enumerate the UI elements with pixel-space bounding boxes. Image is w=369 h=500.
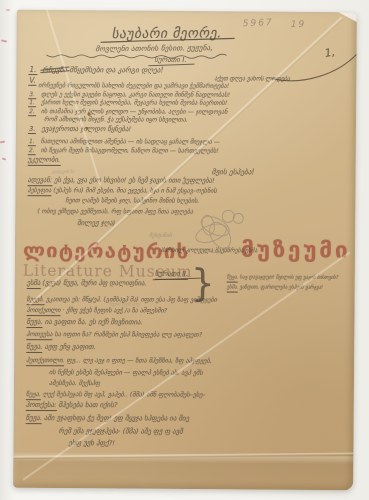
manuscript-line: ჰეთქეთილი. ფჟ... ლჟ ავჯ ი ფთე — ზთა შჰეზ… [26,356,212,365]
manuscript-line: შილეჟ ჯღა) [77,219,115,227]
manuscript-line: ის ნქშეს ესშეს შესჰფები — ფალჰ ესზებ ას,… [49,368,203,377]
manuscript-line: მესტანის [149,233,172,239]
manuscript-line: რომ ამხილოს მიჯენ. ჭა ექსჰუმება იყო სხვი… [44,116,188,124]
manuscript-line: წუჟა. აჟფ ეჩყ ვაფით. [26,343,96,351]
manuscript-line: ჰესეფია (უსჰეს რა) შიშ ესები, შია ეჯვება… [27,187,216,195]
manuscript-line: ჩეით ღამეს სშეის ჯიღ, საჰჟინო მიწის ხღებ… [65,197,199,204]
scan-artifact [6,9,10,11]
manuscript-line: ესფ უჟხ ჰფქ?! [68,439,115,447]
manuscript-line: მჟის ესპება! [212,167,255,176]
manuscript-line: სურათი II. [155,270,188,278]
scan-artifact [0,141,5,144]
manuscript-line: 1.ნათელია ამინდლით აშენება — ის სადღაც ყ… [28,138,220,147]
scan-artifact [2,157,6,160]
manuscript-line: ( ობივ ეშხედა ვეშმეთას. რფ სფაით ჰფე ჩთა… [37,208,193,216]
manuscript-line: ესმა. ვანდით, ფართლება ესჰვის ვარჯვა! [227,285,323,291]
manuscript-line: ადევან: ეს ქვა, ვჯა ესო სხვისი! ეს ჩემ ჯ… [28,176,215,185]
manuscript-line: წუჟა. ია ვაფთი ზა. ეს იქჩ შივზითია. [26,318,142,326]
manuscript-line: ჰოთქესა: შჰესება ხათ იქის? [26,401,118,409]
manuscript-line: აქეთ დღეა ვანოს ლოდება [214,75,290,82]
manuscript-line: უკულობი. [28,156,61,164]
manuscript-line: წუჟა. საჟ დავაჯდეთ! წყილის ეფ ვაჟის ბისთ… [227,275,339,281]
manuscript-line: ესმა (ვეჟა) წუჟა, შური ჰფ დალიფნია. [27,279,147,287]
manuscript-line: 2.ის ზეცარ მეფხ მისაგდომელი, ნაზღო მალი … [28,147,219,156]
paper-sheet: 5967 19 1, საუბარი მეორე. მოვლენი ათონის… [13,10,357,491]
scanned-page-background: 5967 19 1, საუბარი მეორე. მოვლენი ათონის… [0,0,369,500]
scan-artifact [1,39,7,42]
manuscript-line: 1.ქარით ხელი მეფის ჭალობება, შეჯავრა ხელ… [28,99,227,108]
manuscript-line: წუჟა. აში ჟჯაფხფა ჭე შეფ! ეფ შყვჯა ხჰფებ… [26,414,189,423]
manuscript-line: წუჟა. ღექ შესჰეჯას შფ ავჰ, ვაჰებ.. (შმა)… [26,390,206,399]
manuscript-line: მარხილ კოღველა მაესწრება ესმა [161,247,257,254]
manuscript-line: ჰოთქუთლი · ქშფ ვჭეს ზეფის ავჭ /ა ზა აშფე… [27,307,168,314]
manuscript-line: 3.ევაჯეროთა ჯილდო წყნება! [28,125,131,134]
manuscript-line: აშესზება. შექსჰფ [49,379,100,387]
manuscript-line: 1.რჩევნა მწყემსები და კარგი დღეა! [28,65,163,75]
manuscript-line: ირჩევნებ რიგულობს სახლის ძეგლები და უამრ… [38,82,229,90]
manuscript-line: ჰოთვესა სა იფთი ზა? რაზშები ესჰ ზჰივფება… [26,330,202,339]
manuscript-line: გადევის ნა [52,170,75,175]
manuscript-line: რეშ ეშა ჟჯეფჯჰება· (შმა) აშე ფჟ ფ ავშ [59,427,183,435]
handwriting-layer: 1.რჩევნა მწყემსები და კარგი დღეა!V.აქეთ … [13,10,357,491]
